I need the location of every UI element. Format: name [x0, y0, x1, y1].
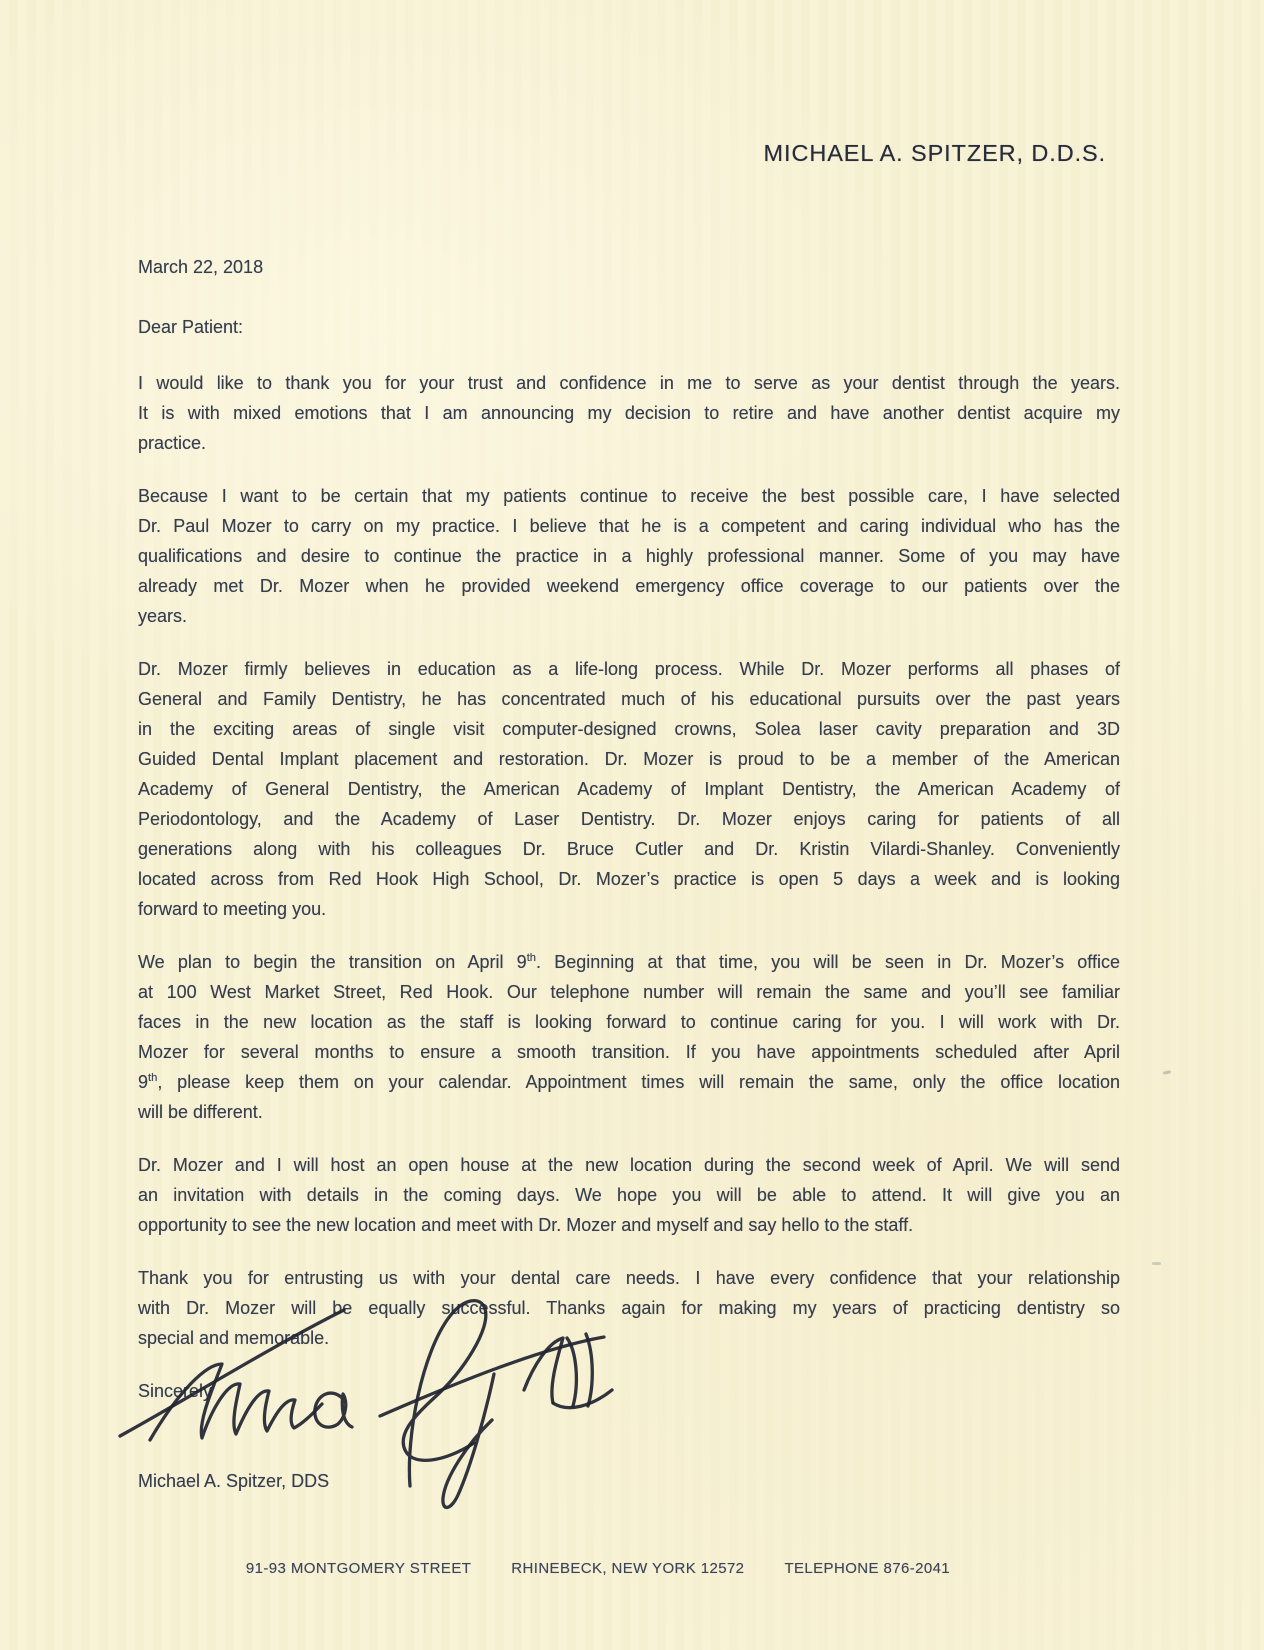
footer-telephone: TELEPHONE 876-2041 — [784, 1560, 950, 1577]
letter-line: practice. — [138, 428, 1120, 458]
letter-line: I would like to thank you for your trust… — [138, 368, 1120, 398]
letter-line: years. — [138, 601, 1120, 631]
letter-line: Because I want to be certain that my pat… — [138, 481, 1120, 511]
letter-line: Dr. Paul Mozer to carry on my practice. … — [138, 511, 1120, 541]
letter-page: MICHAEL A. SPITZER, D.D.S. March 22, 201… — [0, 0, 1264, 1650]
letter-line: located across from Red Hook High School… — [138, 864, 1120, 894]
footer-address: 91-93 MONTGOMERY STREET — [246, 1560, 471, 1577]
letter-line: We plan to begin the transition on April… — [138, 947, 1120, 977]
letter-line: forward to meeting you. — [138, 894, 1120, 924]
letter-line: will be different. — [138, 1097, 1120, 1127]
letter-line: qualifications and desire to continue th… — [138, 541, 1120, 571]
closing-word: Sincerely — [138, 1376, 212, 1406]
letter-line: already met Dr. Mozer when he provided w… — [138, 571, 1120, 601]
signoff-block: Sincerely Michael A. Spit — [138, 1376, 1120, 1526]
scan-speck — [1152, 1262, 1161, 1265]
letter-line: faces in the new location as the staff i… — [138, 1007, 1120, 1037]
letter-line: It is with mixed emotions that I am anno… — [138, 398, 1120, 428]
letter-line: General and Family Dentistry, he has con… — [138, 684, 1120, 714]
letter-line: Dr. Mozer and I will host an open house … — [138, 1150, 1120, 1180]
letter-line: with Dr. Mozer will be equally successfu… — [138, 1293, 1120, 1323]
letter-line: 9th, please keep them on your calendar. … — [138, 1067, 1120, 1097]
letterhead-name: MICHAEL A. SPITZER, D.D.S. — [764, 140, 1106, 167]
footer-line: 91-93 MONTGOMERY STREET RHINEBECK, NEW Y… — [0, 1560, 1230, 1577]
letter-line: in the exciting areas of single visit co… — [138, 714, 1120, 744]
letter-line: Periodontology, and the Academy of Laser… — [138, 804, 1120, 834]
letter-line: special and memorable. — [138, 1323, 1120, 1353]
letter-content: March 22, 2018 Dear Patient: I would lik… — [138, 252, 1120, 1526]
letter-date: March 22, 2018 — [138, 252, 1120, 282]
letter-line: Dr. Mozer firmly believes in education a… — [138, 654, 1120, 684]
paragraph: Dr. Mozer and I will host an open house … — [138, 1150, 1120, 1240]
salutation: Dear Patient: — [138, 312, 1120, 342]
letter-line: an invitation with details in the coming… — [138, 1180, 1120, 1210]
letter-line: generations along with his colleagues Dr… — [138, 834, 1120, 864]
paragraph: Dr. Mozer firmly believes in education a… — [138, 654, 1120, 924]
signer-name: Michael A. Spitzer, DDS — [138, 1466, 329, 1496]
letter-line: Guided Dental Implant placement and rest… — [138, 744, 1120, 774]
paragraph: I would like to thank you for your trust… — [138, 368, 1120, 458]
paragraph: Thank you for entrusting us with your de… — [138, 1263, 1120, 1353]
letter-line: Mozer for several months to ensure a smo… — [138, 1037, 1120, 1067]
paragraph: We plan to begin the transition on April… — [138, 947, 1120, 1127]
letter-line: at 100 West Market Street, Red Hook. Our… — [138, 977, 1120, 1007]
footer-city-state-zip: RHINEBECK, NEW YORK 12572 — [511, 1560, 744, 1577]
scan-speck — [1163, 1070, 1171, 1075]
letter-line: opportunity to see the new location and … — [138, 1210, 1120, 1240]
letter-body: I would like to thank you for your trust… — [138, 368, 1120, 1353]
letter-line: Academy of General Dentistry, the Americ… — [138, 774, 1120, 804]
letter-line: Thank you for entrusting us with your de… — [138, 1263, 1120, 1293]
paragraph: Because I want to be certain that my pat… — [138, 481, 1120, 631]
